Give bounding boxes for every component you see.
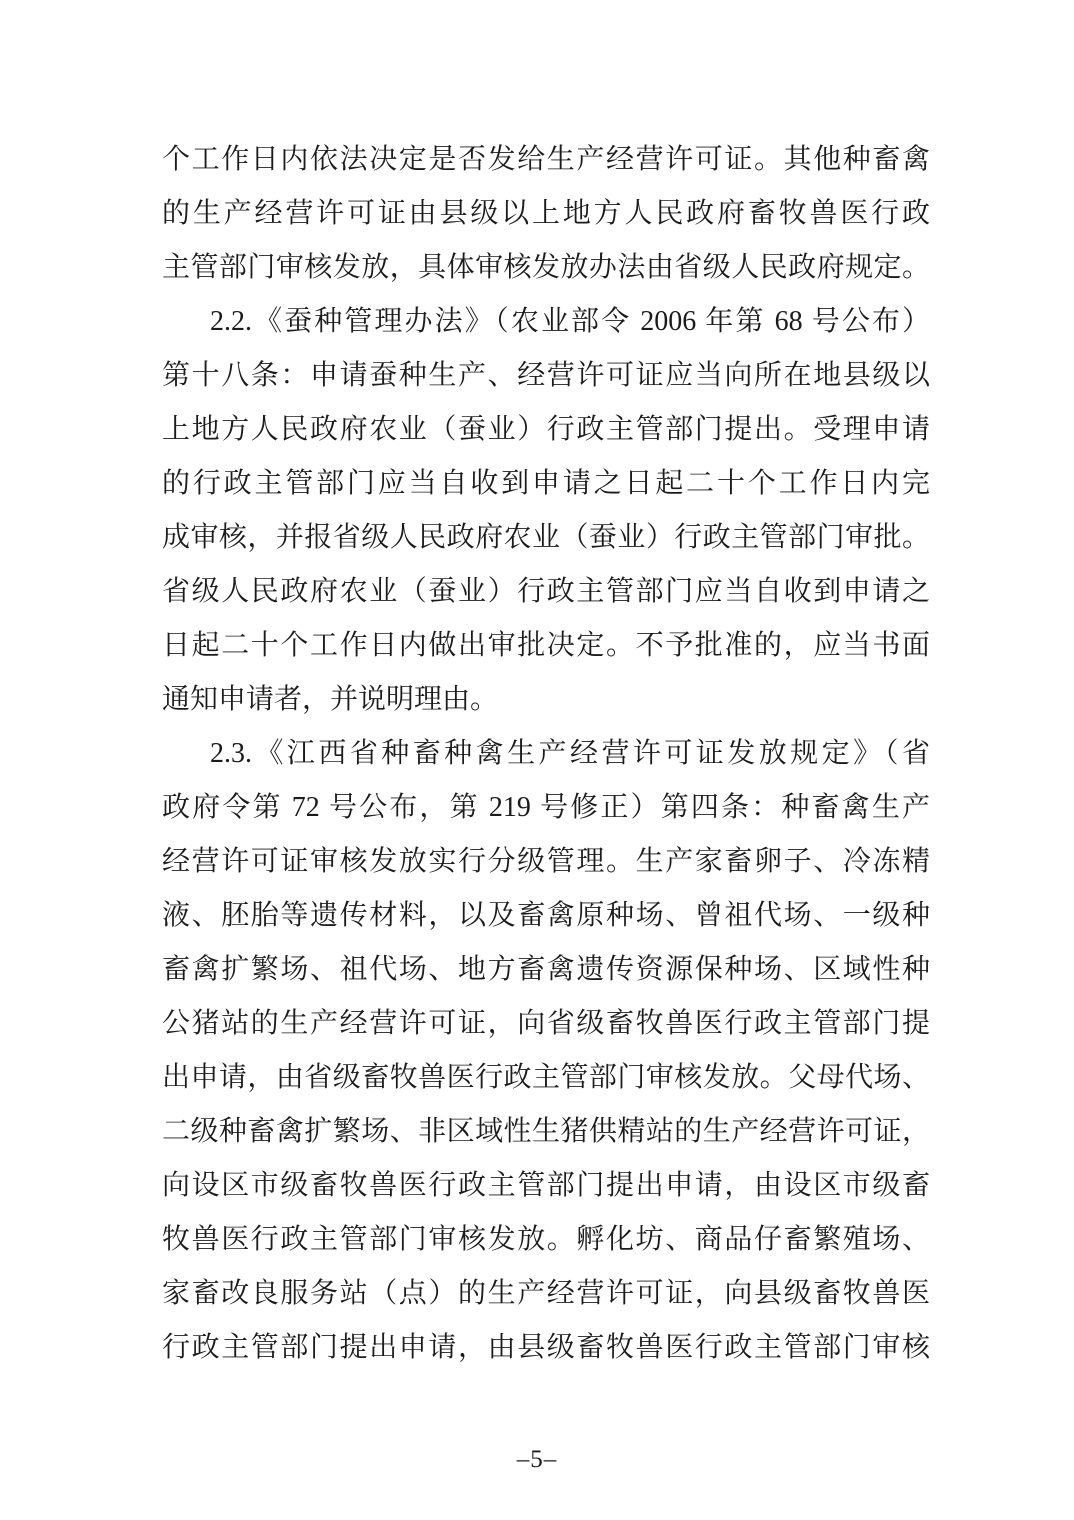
text-line: 上地方人民政府农业（蚕业）行政主管部门提出。受理申请	[162, 403, 930, 457]
text-line: 2.3.《江西省种畜种禽生产经营许可证发放规定》（省	[162, 727, 930, 781]
document-page: 个工作日内依法决定是否发给生产经营许可证。其他种畜禽的生产经营许可证由县级以上地…	[0, 0, 1074, 1520]
text-line: 成审核，并报省级人民政府农业（蚕业）行政主管部门审批。	[162, 511, 930, 565]
text-line: 省级人民政府农业（蚕业）行政主管部门应当自收到申请之	[162, 565, 930, 619]
page-number: –5–	[0, 1446, 1074, 1474]
text-line: 第十八条：申请蚕种生产、经营许可证应当向所在地县级以	[162, 349, 930, 403]
text-line: 经营许可证审核发放实行分级管理。生产家畜卵子、冷冻精	[162, 835, 930, 889]
text-line: 通知申请者，并说明理由。	[162, 673, 930, 727]
text-line: 个工作日内依法决定是否发给生产经营许可证。其他种畜禽	[162, 133, 930, 187]
text-line: 二级种畜禽扩繁场、非区域性生猪供精站的生产经营许可证，	[162, 1105, 930, 1159]
text-line: 日起二十个工作日内做出审批决定。不予批准的，应当书面	[162, 619, 930, 673]
text-line: 家畜改良服务站（点）的生产经营许可证，向县级畜牧兽医	[162, 1267, 930, 1321]
text-line: 牧兽医行政主管部门审核发放。孵化坊、商品仔畜繁殖场、	[162, 1213, 930, 1267]
text-line: 行政主管部门提出申请，由县级畜牧兽医行政主管部门审核	[162, 1321, 930, 1375]
document-body: 个工作日内依法决定是否发给生产经营许可证。其他种畜禽的生产经营许可证由县级以上地…	[162, 133, 930, 1375]
text-line: 政府令第 72 号公布，第 219 号修正）第四条：种畜禽生产	[162, 781, 930, 835]
text-line: 畜禽扩繁场、祖代场、地方畜禽遗传资源保种场、区域性种	[162, 943, 930, 997]
text-line: 2.2.《蚕种管理办法》（农业部令 2006 年第 68 号公布）	[162, 295, 930, 349]
text-line: 的生产经营许可证由县级以上地方人民政府畜牧兽医行政	[162, 187, 930, 241]
text-line: 主管部门审核发放，具体审核发放办法由省级人民政府规定。	[162, 241, 930, 295]
text-line: 液、胚胎等遗传材料，以及畜禽原种场、曾祖代场、一级种	[162, 889, 930, 943]
text-line: 向设区市级畜牧兽医行政主管部门提出申请，由设区市级畜	[162, 1159, 930, 1213]
text-line: 的行政主管部门应当自收到申请之日起二十个工作日内完	[162, 457, 930, 511]
text-line: 公猪站的生产经营许可证，向省级畜牧兽医行政主管部门提	[162, 997, 930, 1051]
text-line: 出申请，由省级畜牧兽医行政主管部门审核发放。父母代场、	[162, 1051, 930, 1105]
